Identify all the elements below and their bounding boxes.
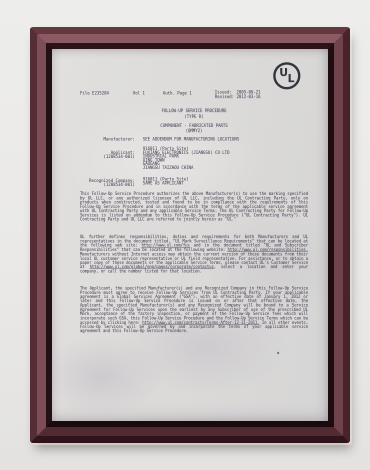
ul-logo: U L: [273, 62, 300, 89]
file-number: File E235284: [80, 91, 109, 96]
revised-date: Revised: 2012-03-16: [215, 95, 261, 100]
applicant-label: Applicant: (1208534-001): [80, 151, 135, 159]
procedure-paragraph-1: This Follow-Up Service Procedure authori…: [80, 192, 308, 222]
certificate-content: U L File E235284 Vol 1 Auth. Page 1 Issu…: [52, 49, 328, 421]
doc-title: FOLLOW-UP SERVICE PROCEDURE: [80, 109, 308, 113]
doc-category-code: (QMMY2): [80, 129, 308, 133]
recognized-company-value: 916011 (Party Site) SAME AS APPLICANT: [143, 178, 189, 186]
frame-moulding: U L File E235284 Vol 1 Auth. Page 1 Issu…: [37, 34, 343, 436]
recognized-company-label: Recognized Company: (1208534-001): [80, 179, 135, 187]
doc-title-type: (TYPE R): [80, 115, 308, 119]
manufacturer-label: Manufacturer:: [80, 138, 135, 142]
manufacturer-value: SEE ADDENDUM FOR MANUFACTURING LOCATIONS: [143, 138, 239, 142]
picture-frame: U L File E235284 Vol 1 Auth. Page 1 Issu…: [30, 27, 350, 443]
ul-logo-letter-l: L: [288, 73, 295, 84]
frame-inner-lip: U L File E235284 Vol 1 Auth. Page 1 Issu…: [46, 43, 334, 427]
procedure-paragraph-2: UL further defines responsibilities, dut…: [80, 235, 308, 274]
applicant-address: 916011 (Party Site) FUXIANG ELECTRONICS …: [143, 147, 230, 170]
paper-speck: [277, 352, 279, 354]
wall: U L File E235284 Vol 1 Auth. Page 1 Issu…: [0, 0, 370, 470]
certificate-paper: U L File E235284 Vol 1 Auth. Page 1 Issu…: [52, 49, 328, 421]
procedure-paragraph-3: The Applicant, the specified Manufacture…: [80, 287, 308, 334]
page-number: Auth. Page 1: [163, 91, 192, 96]
doc-category: COMPONENT - FABRICATED PARTS: [80, 124, 308, 128]
volume-number: Vol 1: [133, 91, 145, 96]
